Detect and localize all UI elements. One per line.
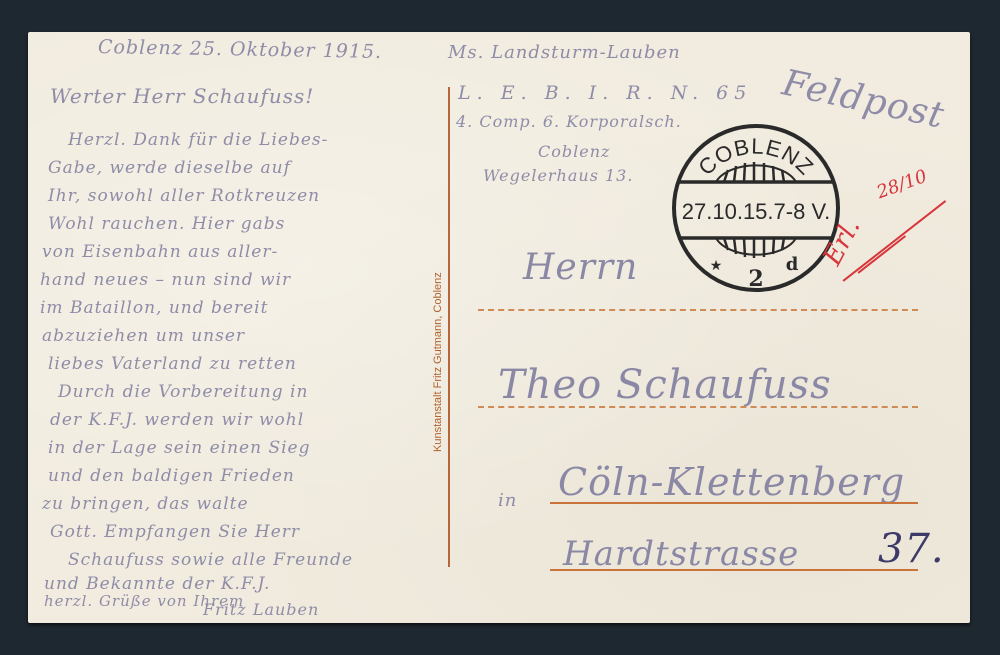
address-line-3	[550, 502, 918, 504]
message-line: abzuziehen um unser	[42, 326, 245, 346]
printer-imprint: Kunstanstalt Fritz Gutmann, Coblenz	[432, 272, 444, 452]
message-line: im Bataillon, und bereit	[40, 298, 268, 318]
salutation: Werter Herr Schaufuss!	[50, 84, 314, 108]
postmark-star: ★	[710, 258, 723, 274]
address-line-1	[478, 309, 918, 311]
address-name: Theo Schaufuss	[498, 362, 832, 408]
sender-line: L. E. B. I. R. N. 65	[458, 82, 752, 104]
sender-line: Ms. Landsturm-Lauben	[448, 42, 681, 63]
divider-line	[448, 87, 450, 567]
address-title: Herrn	[523, 247, 638, 288]
red-underline	[858, 235, 906, 273]
message-line: zu bringen, das walte	[42, 494, 249, 514]
signature: Fritz Lauben	[203, 600, 319, 619]
message-line: Wohl rauchen. Hier gabs	[48, 214, 285, 234]
sender-line: Coblenz	[538, 142, 610, 161]
address-line-2	[478, 406, 918, 408]
dateline: Coblenz 25. Oktober 1915.	[98, 36, 382, 63]
postmark-number: 2	[748, 266, 763, 292]
message-line: Ihr, sowohl aller Rotkreuzen	[48, 186, 320, 206]
red-annotation-date: 28/10	[874, 166, 930, 203]
postcard: Coblenz 25. Oktober 1915. Werter Herr Sc…	[28, 32, 970, 623]
message-line: Durch die Vorbereitung in	[58, 382, 308, 402]
message-line: der K.F.J. werden wir wohl	[50, 410, 304, 430]
address-line-4	[550, 569, 918, 571]
message-line: hand neues – nun sind wir	[40, 270, 291, 290]
message-line: liebes Vaterland zu retten	[48, 354, 297, 374]
postmark-date: 27.10.15.7-8 V.	[682, 199, 830, 224]
message-line: von Eisenbahn aus aller-	[42, 242, 278, 262]
message-line: Schaufuss sowie alle Freunde	[68, 550, 353, 570]
sender-line: Wegelerhaus 13.	[483, 166, 633, 185]
message-line: Herzl. Dank für die Liebes-	[68, 130, 328, 150]
message-line: in der Lage sein einen Sieg	[48, 438, 311, 458]
address-city: Cöln-Klettenberg	[558, 460, 905, 504]
address-prefix: in	[498, 490, 517, 511]
message-line: und Bekannte der K.F.J.	[44, 574, 270, 594]
message-line: und den baldigen Frieden	[48, 466, 295, 486]
message-line: Gabe, werde dieselbe auf	[48, 158, 291, 178]
postmark: COBLENZ 27.10.15.7-8 V. ★ 2 d	[668, 120, 844, 296]
address-number: 37.	[878, 526, 945, 572]
postmark-letter: d	[786, 254, 799, 275]
address-street: Hardtstrasse	[563, 534, 799, 574]
message-line: Gott. Empfangen Sie Herr	[50, 522, 300, 542]
sender-line: 4. Comp. 6. Korporalsch.	[456, 112, 682, 131]
